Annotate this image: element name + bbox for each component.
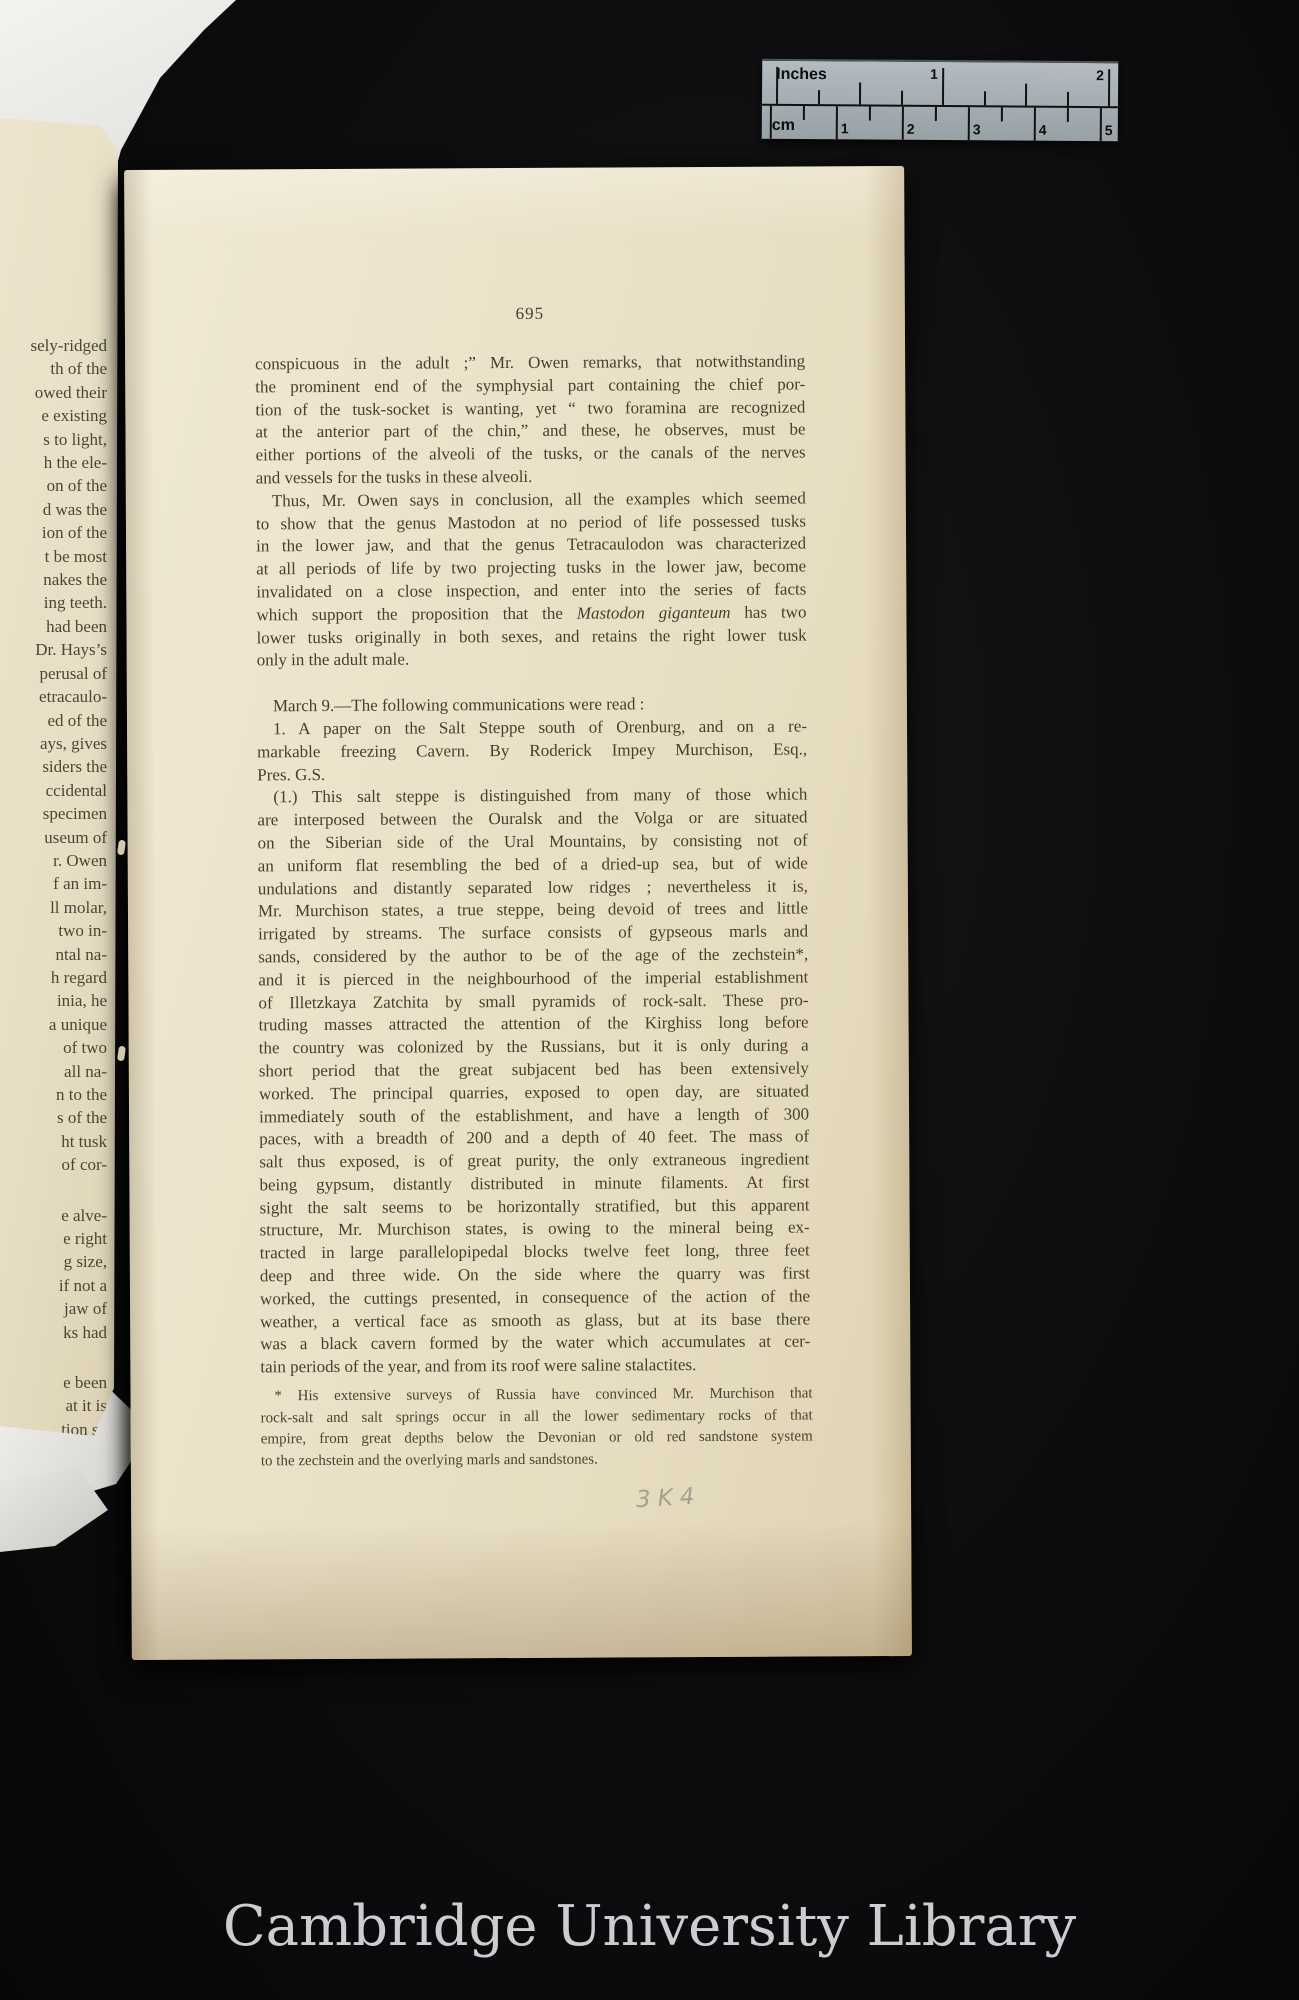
facing-page-edge: sely-ridgedth of theowed theire existing… xyxy=(0,118,120,1440)
ruler-tick xyxy=(836,106,838,139)
fragment-gap xyxy=(0,1344,107,1371)
handwritten-shelfmark: 3K4 xyxy=(635,1483,702,1513)
ruler-cm-label: cm xyxy=(772,117,795,135)
fragment-line: h regard xyxy=(0,966,107,989)
paragraph: (1.) This salt steppe is distinguished f… xyxy=(257,784,810,1380)
fragment-line: had been xyxy=(0,615,107,638)
text-line: March 9.—The following communications we… xyxy=(257,693,807,719)
ruler-tick xyxy=(803,106,805,120)
text-line: irrigated by streams. The surface consis… xyxy=(258,921,808,947)
text-line: Mr. Murchison states, a true steppe, bei… xyxy=(258,898,808,924)
text-line: are interposed between the Ouralsk and t… xyxy=(257,807,807,833)
ruler-tick xyxy=(942,68,944,105)
ruler-midline xyxy=(762,104,1118,108)
fragment-line: nakes the xyxy=(0,568,107,591)
ruler-cm-number: 3 xyxy=(973,121,981,137)
text-line: 1. A paper on the Salt Steppe south of O… xyxy=(257,715,807,741)
fragment-line: s to light, xyxy=(0,428,107,451)
measurement-ruler: Inches cm 1212345 xyxy=(762,59,1119,141)
text-line: of Illetzkaya Zatchita by small pyramids… xyxy=(258,989,808,1015)
text-line: salt thus exposed, is of great purity, t… xyxy=(259,1149,809,1175)
text-line: and it is pierced in the neighbourhood o… xyxy=(258,966,808,992)
text-line: only in the adult male. xyxy=(257,647,807,673)
text-line: weather, a vertical face as smooth as gl… xyxy=(260,1308,810,1334)
fragment-line: if not a xyxy=(0,1274,107,1297)
fragment-line: of two xyxy=(0,1036,107,1059)
fragment-line: a unique xyxy=(0,1013,107,1036)
facing-page-text-fragments: sely-ridgedth of theowed theire existing… xyxy=(0,334,107,1441)
page-text: conspicuous in the adult ;” Mr. Owen rem… xyxy=(255,350,810,1379)
text-line: at the anterior part of the chin,” and t… xyxy=(255,419,805,445)
paragraph: Thus, Mr. Owen says in conclusion, all t… xyxy=(256,487,807,672)
binding-stitch xyxy=(117,840,126,856)
fragment-line: owed their xyxy=(0,381,107,404)
ruler-cm-number: 5 xyxy=(1105,122,1113,138)
text-line: sands, considered by the author to be of… xyxy=(258,943,808,969)
ruler-tick xyxy=(902,107,904,140)
text-line: was a black cavern formed by the water w… xyxy=(260,1331,810,1357)
fragment-line: n to the xyxy=(0,1083,107,1106)
fragment-line: g size, xyxy=(0,1250,107,1273)
text-line: and vessels for the tusks in these alveo… xyxy=(256,464,806,490)
ruler-inch-number: 2 xyxy=(1096,67,1104,83)
text-line: the prominent end of the symphysial part… xyxy=(255,373,805,399)
ruler-tick xyxy=(869,107,871,121)
text-line: tain periods of the year, and from its r… xyxy=(260,1354,810,1380)
page-number: 695 xyxy=(255,302,805,325)
text-line: sight the salt seems to be horizontally … xyxy=(259,1194,809,1220)
text-line: to show that the genus Mastodon at no pe… xyxy=(256,510,806,536)
text-line: (1.) This salt steppe is distinguished f… xyxy=(257,784,807,810)
fragment-line: ion of the xyxy=(0,521,107,544)
ruler-cm-number: 1 xyxy=(841,120,849,136)
library-watermark: Cambridge University Library xyxy=(0,1894,1299,1959)
ruler-tick xyxy=(859,82,861,104)
text-line: markable freezing Cavern. By Roderick Im… xyxy=(257,738,807,764)
fragment-line: siders the xyxy=(0,755,107,778)
text-line: either portions of the alveoli of the tu… xyxy=(256,442,806,468)
ruler-inches-label: Inches xyxy=(776,66,827,84)
fragment-line: t be most xyxy=(0,545,107,568)
text-line: in the lower jaw, and that the genus Tet… xyxy=(256,533,806,559)
fragment-line: e right xyxy=(0,1227,107,1250)
text-line: invalidated on a close inspection, and e… xyxy=(256,578,806,604)
text-line: immediately south of the establishment, … xyxy=(259,1103,809,1129)
ruler-tick xyxy=(900,91,902,105)
text-line: short period that the great subjacent be… xyxy=(259,1057,809,1083)
fragment-line: ing teeth. xyxy=(0,591,107,614)
fragment-line: ays, gives xyxy=(0,732,107,755)
fragment-line: sely-ridged xyxy=(0,334,107,357)
text-line: paces, with a breadth of 200 and a depth… xyxy=(259,1126,809,1152)
text-line: worked, the cuttings presented, in conse… xyxy=(260,1285,810,1311)
fragment-line: h the ele- xyxy=(0,451,107,474)
fragment-line: useum of xyxy=(0,826,107,849)
footnote: * His extensive surveys of Russia have c… xyxy=(260,1383,812,1472)
fragment-line: two in- xyxy=(0,919,107,942)
fragment-line: ll molar, xyxy=(0,896,107,919)
fragment-line: perusal of xyxy=(0,662,107,685)
fragment-line: r. Owen xyxy=(0,849,107,872)
ruler-tick xyxy=(1034,108,1036,141)
paragraph: March 9.—The following communications we… xyxy=(257,693,807,719)
fragment-line: s of the xyxy=(0,1106,107,1129)
ruler-tick xyxy=(776,67,778,104)
fragment-line: etracaulo- xyxy=(0,685,107,708)
ruler-tick xyxy=(983,91,985,105)
text-line: conspicuous in the adult ;” Mr. Owen rem… xyxy=(255,350,805,376)
binding-stitch xyxy=(117,1046,126,1062)
paragraph: conspicuous in the adult ;” Mr. Owen rem… xyxy=(255,350,806,490)
text-line: tion of the tusk-socket is wanting, yet … xyxy=(255,396,805,422)
fragment-line: of cor- xyxy=(0,1153,107,1176)
text-line: at all periods of life by two projecting… xyxy=(256,556,806,582)
fragment-line: e been xyxy=(0,1371,107,1394)
fragment-line: ks had xyxy=(0,1321,107,1344)
footnote-line: to the zechstein and the overlying marls… xyxy=(261,1448,813,1472)
text-line: lower tusks originally in both sexes, an… xyxy=(256,624,806,650)
footnote-line: rock-salt and salt springs occur in all … xyxy=(261,1405,813,1429)
text-line: truding masses attracted the attention o… xyxy=(259,1012,809,1038)
ruler-inch-number: 1 xyxy=(930,66,938,82)
ruler-tick xyxy=(1100,108,1102,141)
text-line: worked. The principal quarries, exposed … xyxy=(259,1080,809,1106)
fragment-line: e alve- xyxy=(0,1204,107,1227)
text-line: Pres. G.S. xyxy=(257,761,807,787)
ruler-cm-number: 4 xyxy=(1039,122,1047,138)
text-line: on the Siberian side of the Ural Mountai… xyxy=(258,829,808,855)
fragment-line: d was the xyxy=(0,498,107,521)
photo-scene: sely-ridgedth of theowed theire existing… xyxy=(0,0,1299,2000)
ruler-tick xyxy=(1067,108,1069,122)
fragment-line: all na- xyxy=(0,1060,107,1083)
ruler-tick xyxy=(1025,84,1027,106)
fragment-line: ccidental xyxy=(0,779,107,802)
fragment-line: f an im- xyxy=(0,872,107,895)
ruler-tick xyxy=(770,106,772,139)
ruler-cm-number: 2 xyxy=(907,121,915,137)
fragment-line: ntal na- xyxy=(0,943,107,966)
book-page: 695 conspicuous in the adult ;” Mr. Owen… xyxy=(124,166,912,1660)
text-line: which support the proposition that the M… xyxy=(256,601,806,627)
fragment-line: jaw of xyxy=(0,1297,107,1320)
fragment-line: ed of the xyxy=(0,709,107,732)
ruler-tick xyxy=(968,107,970,140)
ruler-tick xyxy=(1066,92,1068,106)
fragment-gap xyxy=(0,1177,107,1204)
fragment-line: inia, he xyxy=(0,989,107,1012)
footnote-line: empire, from great depths below the Devo… xyxy=(261,1427,813,1451)
fragment-line: Dr. Hays’s xyxy=(0,638,107,661)
text-line: Thus, Mr. Owen says in conclusion, all t… xyxy=(256,487,806,513)
ruler-tick xyxy=(817,90,819,104)
fragment-line: at it is xyxy=(0,1394,107,1417)
text-line: the country was colonized by the Russian… xyxy=(259,1035,809,1061)
fragment-line: ht tusk xyxy=(0,1130,107,1153)
fragment-line: specimen xyxy=(0,802,107,825)
text-line: an uniform flat resembling the bed of a … xyxy=(258,852,808,878)
ruler-tick xyxy=(1001,107,1003,121)
fragment-line: on of the xyxy=(0,474,107,497)
footnote-line: * His extensive surveys of Russia have c… xyxy=(260,1383,812,1407)
ruler-tick xyxy=(935,107,937,121)
text-line: being gypsum, distantly distributed in m… xyxy=(259,1171,809,1197)
ruler-tick xyxy=(1108,69,1110,106)
text-line: structure, Mr. Murchison states, is owin… xyxy=(260,1217,810,1243)
paragraph: 1. A paper on the Salt Steppe south of O… xyxy=(257,715,807,786)
text-line: undulations and distantly separated low … xyxy=(258,875,808,901)
fragment-line: th of the xyxy=(0,357,107,380)
text-line: deep and three wide. On the side where t… xyxy=(260,1263,810,1289)
text-line: tracted in large parallelopipedal blocks… xyxy=(260,1240,810,1266)
fragment-line: e existing xyxy=(0,404,107,427)
